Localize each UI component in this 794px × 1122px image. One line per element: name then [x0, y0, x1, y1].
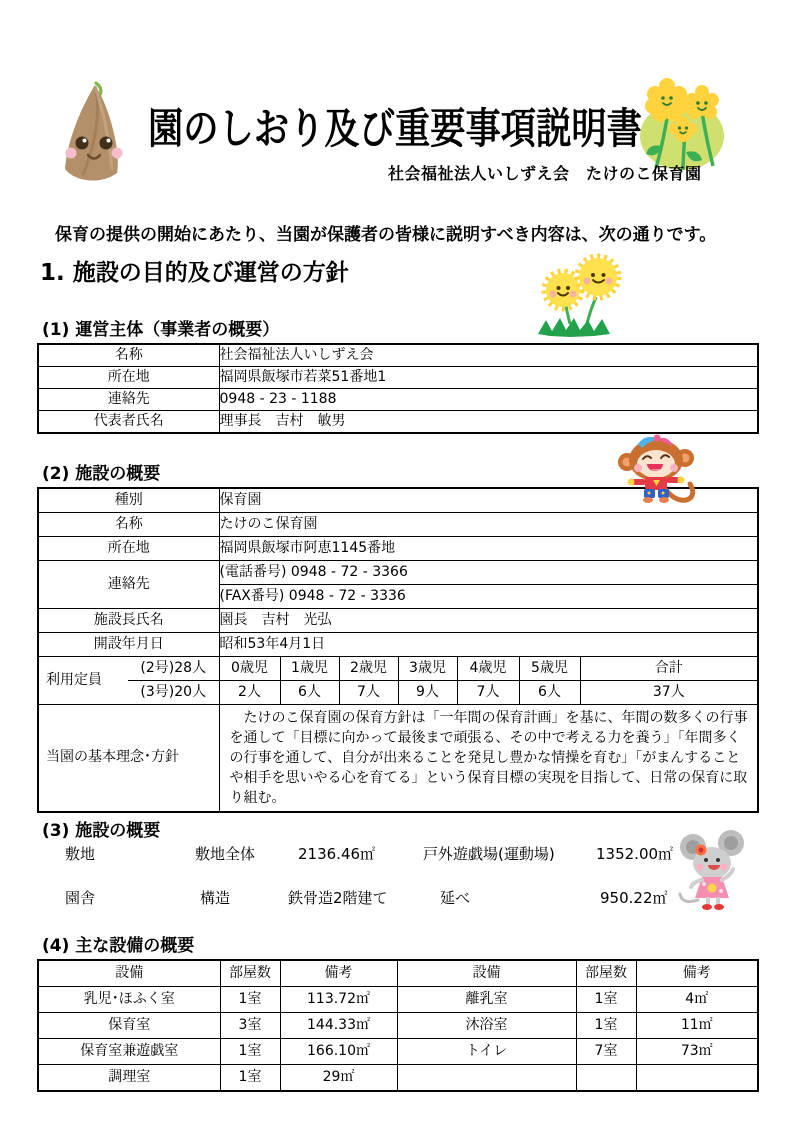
table-row: 調理室 1室 29㎡: [38, 1065, 758, 1092]
age-header: 4歳児: [457, 657, 519, 681]
cell: 4㎡: [636, 987, 758, 1013]
age-count: 7人: [339, 681, 398, 705]
table-row: 乳児･ほふく室 1室 113.72㎡ 離乳室 1室 4㎡: [38, 987, 758, 1013]
capacity-header-row: 利用定員 (2号)28人 0歳児 1歳児 2歳児 3歳児 4歳児 5歳児 合計: [38, 657, 758, 681]
cell: [576, 1065, 636, 1092]
row-value: 理事長 吉村 敏男: [219, 411, 758, 434]
table-row: 開設年月日 昭和53年4月1日: [38, 633, 758, 657]
row-value: たけのこ保育園: [219, 513, 758, 537]
cell: 11㎡: [636, 1013, 758, 1039]
age-header: 2歳児: [339, 657, 398, 681]
col-header: 設備: [38, 960, 220, 987]
cell: 73㎡: [636, 1039, 758, 1065]
age-count: 6人: [280, 681, 339, 705]
capacity-type3: (3号)20人: [128, 681, 219, 705]
subsection-4-equipment-heading: (4) 主な設備の概要: [42, 931, 194, 956]
subsection-1-operator-heading: (1) 運営主体（事業者の概要）: [42, 315, 279, 340]
bamboo-shoot-mascot-illustration: [52, 80, 136, 192]
site-row1-value: 2136.46㎡: [298, 843, 375, 864]
table-row: 保育室 3室 144.33㎡ 沐浴室 1室 11㎡: [38, 1013, 758, 1039]
total-count: 37人: [580, 681, 758, 705]
cell: 1室: [220, 1065, 280, 1092]
age-count: 7人: [457, 681, 519, 705]
table-row: 施設長氏名 園長 吉村 光弘: [38, 609, 758, 633]
cell: 離乳室: [397, 987, 576, 1013]
dandelion-illustration: [530, 250, 630, 338]
table-row: 連絡先 (電話番号) 0948 - 72 - 3366: [38, 561, 758, 585]
total-header: 合計: [580, 657, 758, 681]
philosophy-row: 当園の基本理念･方針 たけのこ保育園の保育方針は「一年間の保育計画」を基に、年間…: [38, 705, 758, 813]
capacity-type2: (2号)28人: [128, 657, 219, 681]
site-row1-field2: 戸外遊戯場(運動場): [423, 843, 555, 864]
row-label: 代表者氏名: [38, 411, 219, 434]
contact-tel: (電話番号) 0948 - 72 - 3366: [219, 561, 758, 585]
age-count: 2人: [219, 681, 280, 705]
row-value: 0948 - 23 - 1188: [219, 389, 758, 411]
equipment-header-row: 設備 部屋数 備考 設備 部屋数 備考: [38, 960, 758, 987]
site-row1-field: 敷地全体: [195, 843, 255, 864]
table-row: 所在地 福岡県飯塚市若菜51番地1: [38, 367, 758, 389]
subsection-2-facility-heading: (2) 施設の概要: [42, 459, 160, 484]
age-header: 3歳児: [398, 657, 457, 681]
capacity-value-row: (3号)20人 2人 6人 7人 9人 7人 6人 37人: [38, 681, 758, 705]
cell: 1室: [220, 1039, 280, 1065]
age-count: 9人: [398, 681, 457, 705]
mouse-mascot-illustration: [670, 830, 762, 918]
cell: [636, 1065, 758, 1092]
contact-label: 連絡先: [38, 561, 219, 609]
row-label: 名称: [38, 344, 219, 367]
row-label: 開設年月日: [38, 633, 219, 657]
capacity-label: 利用定員: [38, 657, 128, 705]
row-value: 福岡県飯塚市阿恵1145番地: [219, 537, 758, 561]
philosophy-label: 当園の基本理念･方針: [38, 705, 219, 813]
site-row2-value2: 950.22㎡: [600, 887, 668, 908]
row-label: 連絡先: [38, 389, 219, 411]
col-header: 備考: [636, 960, 758, 987]
cell: 166.10㎡: [280, 1039, 397, 1065]
operator-table: 名称 社会福祉法人いしずえ会 所在地 福岡県飯塚市若菜51番地1 連絡先 094…: [37, 343, 759, 434]
cell: 沐浴室: [397, 1013, 576, 1039]
col-header: 部屋数: [220, 960, 280, 987]
cell: 29㎡: [280, 1065, 397, 1092]
table-row: 保育室兼遊戯室 1室 166.10㎡ トイレ 7室 73㎡: [38, 1039, 758, 1065]
organization-subtitle: 社会福祉法人いしずえ会 たけのこ保育園: [388, 161, 702, 184]
col-header: 部屋数: [576, 960, 636, 987]
cell: 保育室: [38, 1013, 220, 1039]
age-header: 0歳児: [219, 657, 280, 681]
cell: 保育室兼遊戯室: [38, 1039, 220, 1065]
equipment-table: 設備 部屋数 備考 設備 部屋数 備考 乳児･ほふく室 1室 113.72㎡ 離…: [37, 959, 759, 1092]
cell: 7室: [576, 1039, 636, 1065]
row-label: 種別: [38, 488, 219, 513]
cell: [397, 1065, 576, 1092]
age-header: 5歳児: [519, 657, 580, 681]
site-row2-label: 園舎: [65, 887, 95, 908]
cell: 1室: [220, 987, 280, 1013]
subsection-3-site-heading: (3) 施設の概要: [42, 816, 160, 841]
cell: 1室: [576, 1013, 636, 1039]
row-label: 所在地: [38, 367, 219, 389]
cell: 3室: [220, 1013, 280, 1039]
row-value: 社会福祉法人いしずえ会: [219, 344, 758, 367]
table-row: 所在地 福岡県飯塚市阿恵1145番地: [38, 537, 758, 561]
cell: 乳児･ほふく室: [38, 987, 220, 1013]
row-label: 施設長氏名: [38, 609, 219, 633]
flower-head: [685, 85, 719, 119]
cell: 1室: [576, 987, 636, 1013]
site-row2-field2: 延べ: [440, 887, 470, 908]
philosophy-text: たけのこ保育園の保育方針は「一年間の保育計画」を基に、年間の数多くの行事を通して…: [219, 705, 758, 813]
rapeseed-flowers-illustration: [638, 72, 726, 174]
facility-table: 種別 保育園 名称 たけのこ保育園 所在地 福岡県飯塚市阿恵1145番地 連絡先…: [37, 487, 759, 813]
col-header: 設備: [397, 960, 576, 987]
row-label: 所在地: [38, 537, 219, 561]
table-row: 名称 たけのこ保育園: [38, 513, 758, 537]
document-page: 園のしおり及び重要事項説明書: [0, 0, 794, 1122]
row-value: 福岡県飯塚市若菜51番地1: [219, 367, 758, 389]
table-row: 代表者氏名 理事長 吉村 敏男: [38, 411, 758, 434]
age-header: 1歳児: [280, 657, 339, 681]
table-row: 名称 社会福祉法人いしずえ会: [38, 344, 758, 367]
site-row1-value2: 1352.00㎡: [596, 843, 673, 864]
cell: トイレ: [397, 1039, 576, 1065]
cell: 調理室: [38, 1065, 220, 1092]
age-count: 6人: [519, 681, 580, 705]
row-value: 園長 吉村 光弘: [219, 609, 758, 633]
table-row: 連絡先 0948 - 23 - 1188: [38, 389, 758, 411]
row-value: 昭和53年4月1日: [219, 633, 758, 657]
cell: 113.72㎡: [280, 987, 397, 1013]
site-row1-label: 敷地: [65, 843, 95, 864]
contact-fax: (FAX番号) 0948 - 72 - 3336: [219, 585, 758, 609]
cell: 144.33㎡: [280, 1013, 397, 1039]
site-row2-field: 構造: [200, 887, 230, 908]
section-1-heading: 1. 施設の目的及び運営の方針: [40, 254, 349, 287]
col-header: 備考: [280, 960, 397, 987]
page-title: 園のしおり及び重要事項説明書: [148, 96, 642, 156]
monkey-mascot-illustration: [610, 432, 702, 510]
site-row2-value: 鉄骨造2階建て: [288, 887, 388, 908]
intro-text: 保育の提供の開始にあたり、当園が保護者の皆様に説明すべき内容は、次の通りです。: [55, 220, 716, 245]
row-label: 名称: [38, 513, 219, 537]
